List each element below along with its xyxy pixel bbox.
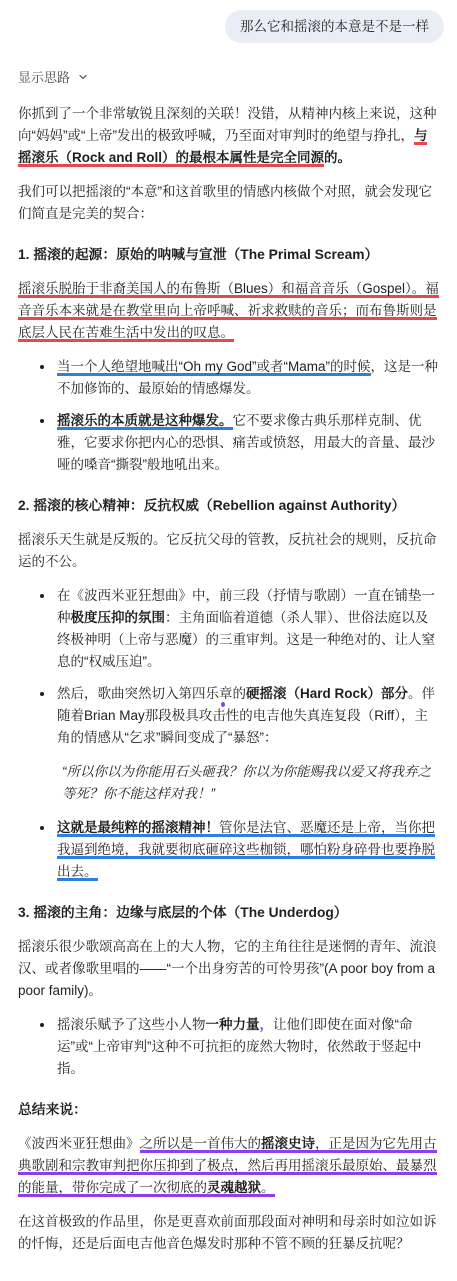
bullet-list: 这就是最纯粹的摇滚精神！管你是法官、恶魔还是上帝，当你把我逼到绝境，我就要彻底砸… bbox=[18, 817, 440, 883]
paragraph: 摇滚乐很少歌颂高高在上的大人物，它的主角往往是迷惘的青年、流浪汉、或者像歌里唱的… bbox=[18, 936, 440, 1002]
bullet-item: 这就是最纯粹的摇滚精神！管你是法官、恶魔还是上帝，当你把我逼到绝境，我就要彻底砸… bbox=[55, 817, 440, 883]
text-segment: 3. 摇滚的主角：边缘与底层的个体（The Underdog） bbox=[18, 905, 348, 920]
text-segment: 我们可以把摇滚的“本意”和这首歌里的情感内核做个对照，就会发现它们简直是完美的契… bbox=[18, 184, 432, 221]
assistant-message: 你抓到了一个非常敏锐且深刻的关联！没错，从精神内核上来说，这种向“妈妈”或“上帝… bbox=[0, 87, 457, 1281]
pen-stray-mark bbox=[221, 702, 225, 707]
paragraph: 《波西米亚狂想曲》之所以是一首伟大的摇滚史诗，正是因为它先用古典歌剧和宗教审判把… bbox=[18, 1133, 440, 1199]
thoughts-toggle[interactable]: 显示思路 bbox=[18, 67, 89, 86]
text-segment: “所以你以为你能用石头砸我？你以为你能赐我以爱又将我弃之等死？你不能这样对我！” bbox=[62, 764, 431, 801]
bullet-item: 摇滚乐的本质就是这种爆发。它不要求像古典乐那样克制、优雅，它要求你把内心的恐惧、… bbox=[55, 410, 440, 476]
pen-underlined-text: 当一个人绝望地喊出“Oh my God”或者“Mama”的时候 bbox=[57, 359, 371, 376]
paragraph: 摇滚乐天生就是反叛的。它反抗父母的管教，反抗社会的规则，反抗命运的不公。 bbox=[18, 529, 440, 573]
text-segment: 1. 摇滚的起源：原始的呐喊与宣泄（The Primal Scream） bbox=[18, 247, 378, 262]
text-segment: 你抓到了一个非常敏锐且深刻的关联！没错，从精神内核上来说，这种向“妈妈”或“上帝… bbox=[18, 106, 437, 143]
text-segment: 2. 摇滚的核心精神：反抗权威（Rebellion against Author… bbox=[18, 498, 405, 513]
section-heading: 2. 摇滚的核心精神：反抗权威（Rebellion against Author… bbox=[18, 495, 440, 517]
chat-page: 那么它和摇滚的本意是不是一样 显示思路 你抓到了一个非常敏锐且深刻的关联！没错，… bbox=[0, 0, 457, 1281]
pen-underlined-text: 摇滚史诗 bbox=[261, 1136, 315, 1153]
text-segment: 然后，歌曲突然切入第四乐章的 bbox=[57, 686, 246, 701]
text-segment: 硬摇滚（Hard Rock）部分 bbox=[246, 686, 408, 701]
pen-underlined-text: 之所以是一首伟大的 bbox=[140, 1136, 262, 1153]
pen-underlined-text: 灵魂越狱 bbox=[207, 1180, 261, 1197]
bullet-list: 摇滚乐赋予了这些小人物一种力量，让他们即使在面对像“命运”或“上帝审判”这种不可… bbox=[18, 1014, 440, 1080]
text-segment: 摇滚乐天生就是反叛的。它反抗父母的管教，反抗社会的规则，反抗命运的不公。 bbox=[18, 532, 437, 569]
text-segment: 总结来说： bbox=[18, 1102, 87, 1117]
bullet-item: 当一个人绝望地喊出“Oh my God”或者“Mama”的时候，这是一种不加修饰… bbox=[55, 356, 440, 400]
bullet-list: 在《波西米亚狂想曲》中，前三段（抒情与歌剧）一直在铺垫一种极度压抑的氛围：主角面… bbox=[18, 585, 440, 749]
thoughts-toggle-label: 显示思路 bbox=[18, 67, 70, 86]
pen-underlined-text: 这就是最纯粹的摇滚精神！ bbox=[57, 820, 219, 837]
text-segment: 《波西米亚狂想曲》 bbox=[18, 1136, 140, 1151]
text-segment: 摇滚乐赋予了这些小人物 bbox=[57, 1017, 206, 1032]
chevron-down-icon bbox=[77, 71, 89, 83]
section-heading: 3. 摇滚的主角：边缘与底层的个体（The Underdog） bbox=[18, 902, 440, 924]
bullet-item: 然后，歌曲突然切入第四乐章的硬摇滚（Hard Rock）部分。伴随着Brian … bbox=[55, 683, 440, 749]
bullet-list: 当一个人绝望地喊出“Oh my God”或者“Mama”的时候，这是一种不加修饰… bbox=[18, 356, 440, 476]
section-heading: 1. 摇滚的起源：原始的呐喊与宣泄（The Primal Scream） bbox=[18, 244, 440, 266]
paragraph: 你抓到了一个非常敏锐且深刻的关联！没错，从精神内核上来说，这种向“妈妈”或“上帝… bbox=[18, 103, 440, 169]
paragraph: 我们可以把摇滚的“本意”和这首歌里的情感内核做个对照，就会发现它们简直是完美的契… bbox=[18, 181, 440, 225]
bullet-item: 摇滚乐赋予了这些小人物一种力量，让他们即使在面对像“命运”或“上帝审判”这种不可… bbox=[55, 1014, 440, 1080]
text-segment: 在这首极致的作品里，你是更喜欢前面那段面对神明和母亲时如泣如诉的忏悔，还是后面电… bbox=[18, 1214, 437, 1251]
text-segment: 极度压抑的氛围 bbox=[71, 610, 166, 625]
quote-block: “所以你以为你能用石头砸我？你以为你能赐我以爱又将我弃之等死？你不能这样对我！” bbox=[62, 761, 440, 805]
bullet-item: 在《波西米亚狂想曲》中，前三段（抒情与歌剧）一直在铺垫一种极度压抑的氛围：主角面… bbox=[55, 585, 440, 673]
pen-underlined-text: 摇滚乐脱胎于非裔美国人的布鲁斯（Blues）和福音音乐（Gospel）。 bbox=[18, 281, 425, 298]
text-segment: ， bbox=[260, 1017, 274, 1032]
paragraph: 摇滚乐脱胎于非裔美国人的布鲁斯（Blues）和福音音乐（Gospel）。福音音乐… bbox=[18, 278, 440, 344]
user-message-row: 那么它和摇滚的本意是不是一样 bbox=[0, 0, 457, 43]
paragraph: 在这首极致的作品里，你是更喜欢前面那段面对神明和母亲时如泣如诉的忏悔，还是后面电… bbox=[18, 1211, 440, 1255]
text-segment: 一种力量 bbox=[206, 1017, 260, 1032]
text-segment: 摇滚乐很少歌颂高高在上的大人物，它的主角往往是迷惘的青年、流浪汉、或者像歌里唱的… bbox=[18, 939, 437, 998]
pen-underlined-text: 。 bbox=[261, 1180, 275, 1197]
section-heading: 总结来说： bbox=[18, 1099, 440, 1121]
pen-underlined-text: 摇滚乐的本质就是这种爆发。 bbox=[57, 413, 233, 430]
text-segment: 的。 bbox=[324, 150, 351, 165]
user-message-bubble: 那么它和摇滚的本意是不是一样 bbox=[225, 10, 444, 43]
